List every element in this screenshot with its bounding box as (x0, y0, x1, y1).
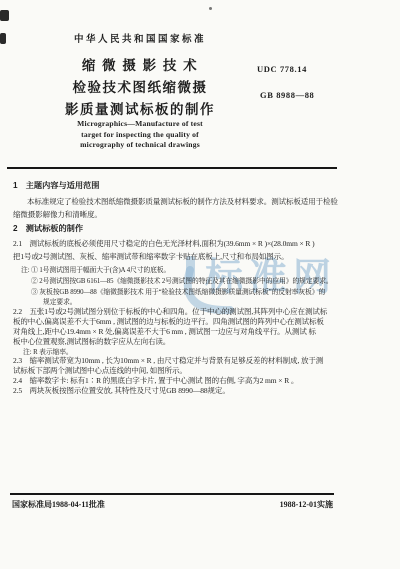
scan-artifact (0, 33, 6, 44)
national-standard-label: 中华人民共和国国家标准 (40, 31, 240, 45)
english-title: Micrographics—Manufacture of test target… (35, 119, 245, 151)
clause-2-1-line: 2.1 测试标板的底板必须使用尺寸稳定的白色无光泽材料,面积为(39.6mm ×… (13, 238, 314, 249)
english-title-line-1: Micrographics—Manufacture of test (35, 119, 245, 130)
standard-code: GB 8988—88 (260, 90, 314, 100)
approval-date: 国家标准局1988-04-11批准 (12, 499, 105, 510)
scan-artifact (209, 7, 212, 10)
note-line-4: 规定要求。 (43, 296, 76, 306)
english-title-line-2: target for inspecting the quality of (35, 130, 245, 141)
title-line-2: 检验技术图纸缩微摄 (30, 77, 250, 99)
effective-date: 1988-12-01实施 (280, 499, 333, 510)
note-line-3: ③ 灰板按GB 8990—88《缩微摄影技术 用于“检验技术图纸缩微摄影质量测试… (31, 286, 325, 296)
title-line-1: 缩 微 摄 影 技 术 (30, 55, 250, 77)
section-1-heading: 1 主题内容与适用范围 (13, 180, 99, 191)
udc-number: UDC 778.14 (257, 64, 307, 74)
footer-divider-rule (10, 493, 334, 495)
title-line-3: 影质量测试标板的制作 (30, 99, 250, 121)
document-title: 缩 微 摄 影 技 术 检验技术图纸缩微摄 影质量测试标板的制作 (30, 55, 250, 121)
header-divider-rule (7, 167, 337, 169)
section-1-text-line: 本标准规定了检验技术图纸缩微摄影质量测试标板的制作方法及材料要求。测试标板适用于… (27, 196, 338, 207)
clause-2-1-line: 把1号或2号测试图、灰板、缩率测试带和缩率数字卡贴在底板上,尺寸和布局如图示。 (13, 251, 288, 262)
clause-2-5-line: 2.5 两块灰板按图示位置安放, 其特性及尺寸见GB 8990—88规定。 (13, 385, 230, 396)
note-line-1: 注: ① 1号测试图用于幅面大于(含)A 4尺寸的底板。 (21, 264, 170, 274)
standard-document-page: 中华人民共和国国家标准 缩 微 摄 影 技 术 检验技术图纸缩微摄 影质量测试标… (0, 0, 400, 569)
english-title-line-3: micrography of technical drawings (35, 140, 245, 151)
scan-artifact (0, 10, 9, 21)
note-line-2: ② 2号测试图按GB 6161—85《缩微摄影技术 2号测试图的特征及其在缩微摄… (31, 275, 333, 285)
section-1-text-line: 缩微摄影解像力和清晰度。 (13, 209, 102, 220)
section-2-heading: 2 测试标板的制作 (13, 223, 83, 234)
